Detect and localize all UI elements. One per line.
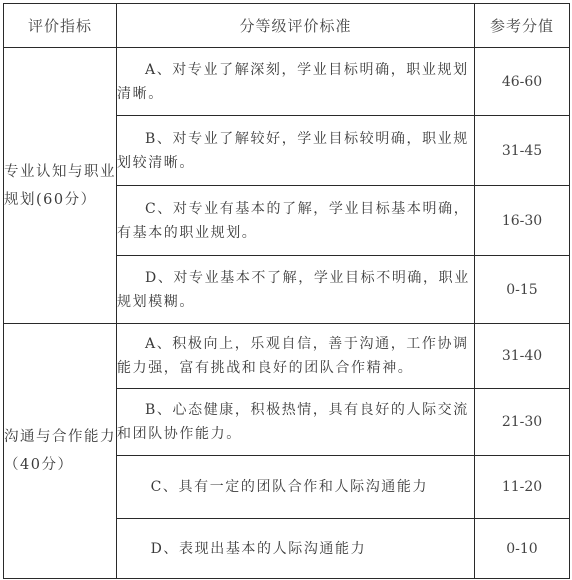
table-row: 专业认知与职业规划(60分） A、对专业了解深刻，学业目标明确，职业规划清晰。 …	[4, 48, 570, 116]
criteria-cell: A、积极向上，乐观自信，善于沟通，工作协调能力强，富有挑战和良好的团队合作精神。	[117, 324, 475, 389]
criteria-cell: B、心态健康，积极热情，具有良好的人际交流和团队协作能力。	[117, 389, 475, 456]
criteria-cell: B、对专业了解较好，学业目标较明确，职业规划较清晰。	[117, 116, 475, 186]
score-cell: 46-60	[475, 48, 570, 116]
header-score: 参考分值	[475, 4, 570, 48]
criteria-cell: C、具有一定的团队合作和人际沟通能力	[117, 456, 475, 519]
criteria-cell: C、对专业有基本的了解，学业目标基本明确，有基本的职业规划。	[117, 186, 475, 256]
score-cell: 21-30	[475, 389, 570, 456]
category-cell: 专业认知与职业规划(60分）	[4, 48, 117, 324]
category-label: 专业认知与职业规划(60分）	[4, 158, 116, 214]
category-cell: 沟通与合作能力（40分）	[4, 324, 117, 579]
header-row: 评价指标 分等级评价标准 参考分值	[4, 4, 570, 48]
criteria-cell: D、表现出基本的人际沟通能力	[117, 519, 475, 579]
category-label: 沟通与合作能力（40分）	[4, 423, 116, 479]
score-cell: 31-40	[475, 324, 570, 389]
score-cell: 16-30	[475, 186, 570, 256]
criteria-cell: D、对专业基本不了解，学业目标不明确，职业规划模糊。	[117, 256, 475, 324]
score-cell: 0-10	[475, 519, 570, 579]
criteria-cell: A、对专业了解深刻，学业目标明确，职业规划清晰。	[117, 48, 475, 116]
score-cell: 31-45	[475, 116, 570, 186]
header-criteria: 分等级评价标准	[117, 4, 475, 48]
evaluation-rubric-table: 评价指标 分等级评价标准 参考分值 专业认知与职业规划(60分） A、对专业了解…	[3, 3, 570, 579]
score-cell: 0-15	[475, 256, 570, 324]
table-row: 沟通与合作能力（40分） A、积极向上，乐观自信，善于沟通，工作协调能力强，富有…	[4, 324, 570, 389]
score-cell: 11-20	[475, 456, 570, 519]
header-indicator: 评价指标	[4, 4, 117, 48]
